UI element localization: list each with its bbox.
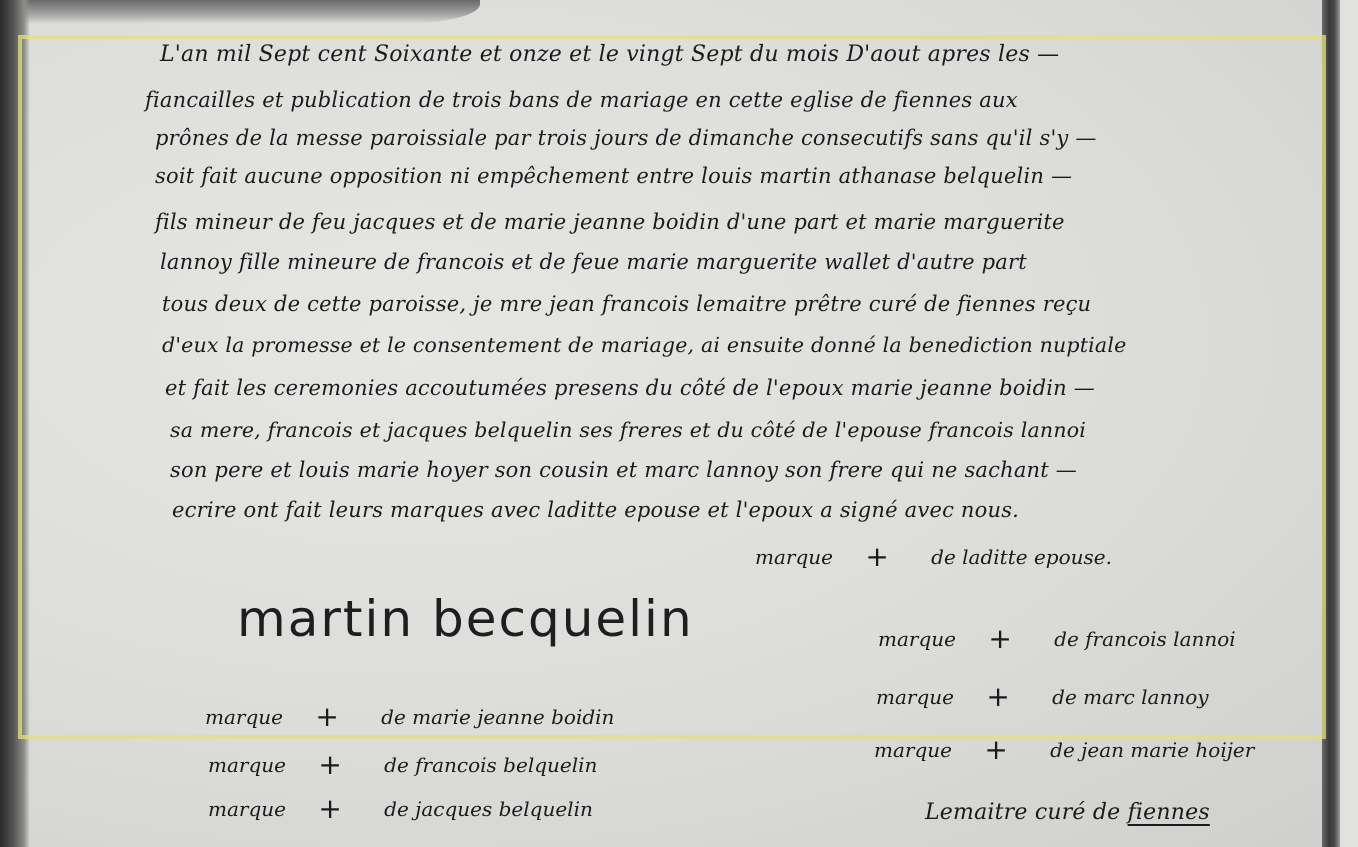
record-line-4-text: soit fait aucune opposition ni empêcheme…: [155, 164, 1072, 188]
record-line-3: prônes de la messe paroissiale par trois…: [155, 126, 1097, 150]
groom-signature: martin becquelin: [237, 590, 694, 648]
priest-signature: Lemaitre curé de fiennes: [925, 800, 1210, 825]
mark-label: marque: [755, 545, 833, 569]
record-line-9: et fait les ceremonies accoutumées prese…: [165, 376, 1095, 400]
page-margin-right: [1340, 0, 1358, 847]
mark-marc-lannoy: marque + de marc lannoy: [876, 680, 1209, 713]
cross-mark-icon: +: [865, 540, 888, 573]
mark-name: de marie jeanne boidin: [381, 705, 614, 729]
mark-francois-belquelin: marque + de francois belquelin: [208, 748, 597, 781]
record-line-1: L'an mil Sept cent Soixante et onze et l…: [160, 42, 1059, 67]
record-line-10: sa mere, francois et jacques belquelin s…: [170, 418, 1086, 442]
binding-edge-left: [0, 0, 30, 847]
mark-marie-jeanne-boidin: marque + de marie jeanne boidin: [205, 700, 614, 733]
record-line-2: fiancailles et publication de trois bans…: [145, 88, 1018, 112]
cross-mark-icon: +: [318, 792, 341, 825]
mark-name: de marc lannoy: [1052, 685, 1208, 709]
mark-name: de jean marie hoijer: [1050, 738, 1254, 762]
mark-label: marque: [876, 685, 954, 709]
mark-name: de francois lannoi: [1054, 627, 1236, 651]
record-line-4: soit fait aucune opposition ni empêcheme…: [155, 164, 1072, 188]
mark-jean-marie-hoijer: marque + de jean marie hoijer: [874, 733, 1254, 766]
record-line-6: lannoy fille mineure de francois et de f…: [160, 250, 1027, 274]
mark-jacques-belquelin: marque + de jacques belquelin: [208, 792, 593, 825]
record-line-8: d'eux la promesse et le consentement de …: [162, 333, 1126, 357]
mark-label: marque: [878, 627, 956, 651]
record-line-12: ecrire ont fait leurs marques avec ladit…: [172, 498, 1019, 522]
priest-name: Lemaitre: [925, 800, 1028, 825]
cross-mark-icon: +: [988, 622, 1011, 655]
mark-label: marque: [208, 797, 286, 821]
mark-francois-lannoi: marque + de francois lannoi: [878, 622, 1236, 655]
mark-label: marque: [874, 738, 952, 762]
mark-name: de laditte epouse.: [931, 545, 1112, 569]
cross-mark-icon: +: [984, 733, 1007, 766]
priest-title: curé de: [1035, 800, 1121, 825]
cross-mark-icon: +: [318, 748, 341, 781]
record-line-11: son pere et louis marie hoyer son cousin…: [170, 458, 1077, 482]
scanned-document-page: L'an mil Sept cent Soixante et onze et l…: [0, 0, 1358, 847]
mark-name: de francois belquelin: [384, 753, 597, 777]
binding-edge-right: [1322, 0, 1340, 847]
record-line-5: fils mineur de feu jacques et de marie j…: [155, 210, 1065, 234]
mark-name: de jacques belquelin: [384, 797, 593, 821]
cross-mark-icon: +: [315, 700, 338, 733]
mark-label: marque: [208, 753, 286, 777]
bride-mark: marque + de laditte epouse.: [755, 540, 1112, 573]
cross-mark-icon: +: [986, 680, 1009, 713]
mark-label: marque: [205, 705, 283, 729]
page-damage-top: [0, 0, 480, 24]
record-line-7: tous deux de cette paroisse, je mre jean…: [162, 292, 1091, 316]
priest-parish: fiennes: [1128, 800, 1210, 825]
